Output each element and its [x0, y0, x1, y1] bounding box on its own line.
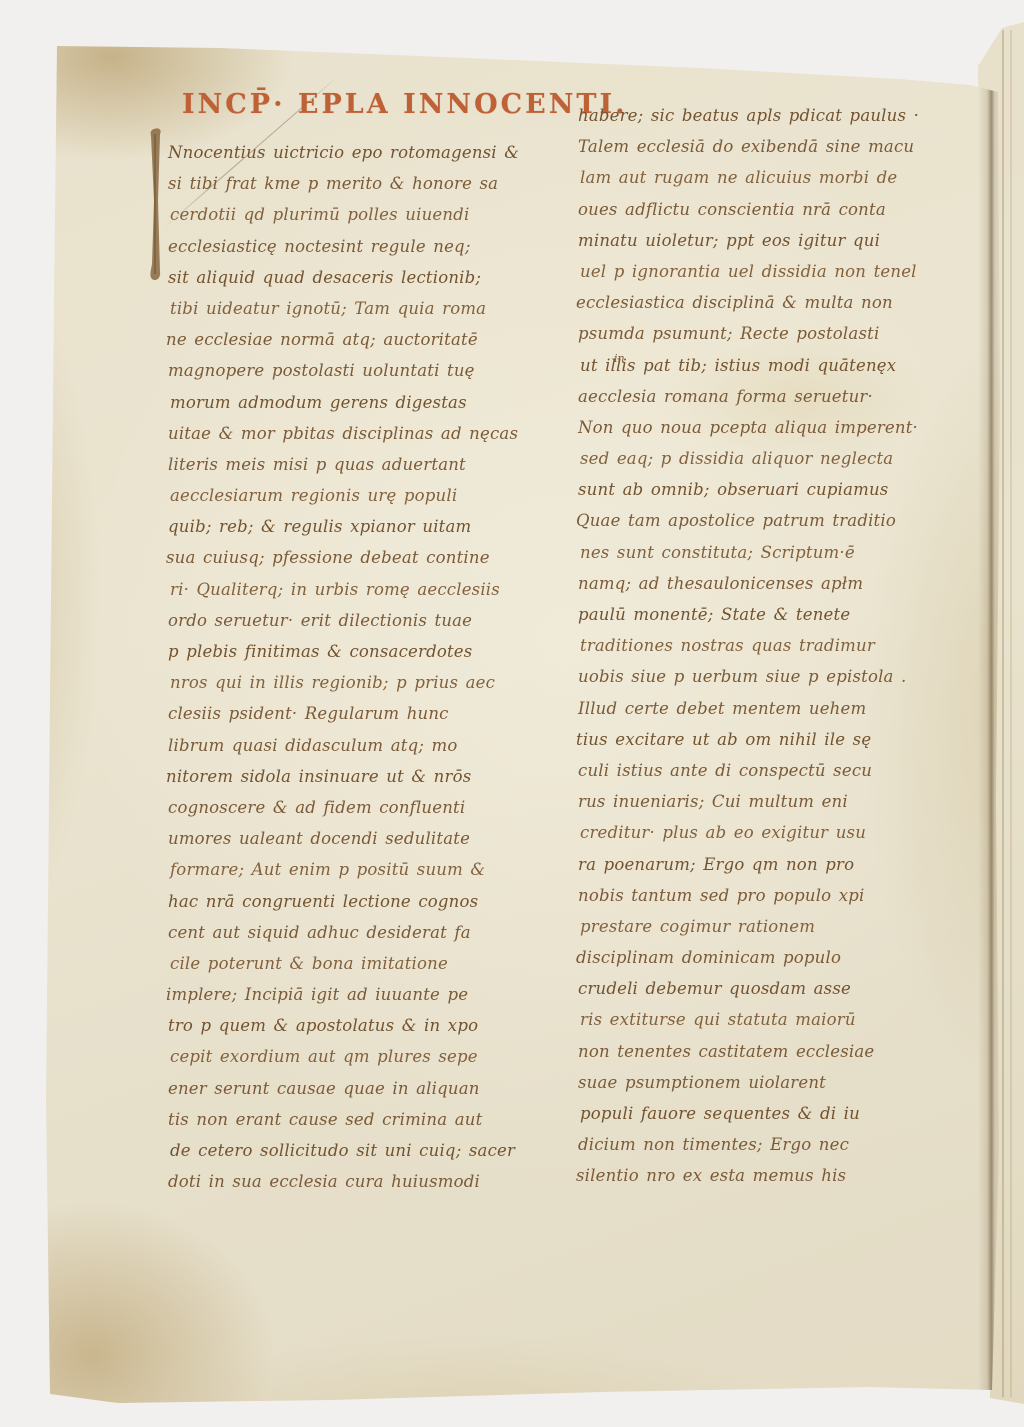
manuscript-line: prestare cogimur rationem: [580, 911, 972, 942]
manuscript-line: nitorem sidola insinuare ut & nrōs: [166, 761, 558, 792]
manuscript-line: p plebis finitimas & consacerdotes: [168, 636, 560, 667]
manuscript-line: ra poenarum; Ergo qm non pro: [578, 849, 970, 880]
manuscript-line: ener serunt causae quae in aliquan: [168, 1073, 560, 1104]
manuscript-line: ordo seruetur· erit dilectionis tuae: [168, 605, 560, 636]
manuscript-line: umores ualeant docendi sedulitate: [168, 823, 560, 854]
parchment-page: INCP̄· EPLA INNOCENTI. Nnocentius uictri…: [0, 0, 1024, 1427]
manuscript-line: morum admodum gerens digestas: [170, 387, 562, 418]
manuscript-line: Non quo noua pcepta aliqua imperent·: [578, 412, 970, 443]
manuscript-line: nros qui in illis regionib; p prius aec: [170, 667, 562, 698]
manuscript-line: traditiones nostras quas tradimur: [580, 630, 972, 661]
text-column-left: Nnocentius uictricio epo rotomagensi &si…: [168, 137, 560, 1197]
manuscript-line: ris extiturse qui statuta maiorū: [580, 1004, 972, 1035]
manuscript-line: cepit exordium aut qm plures sepe: [170, 1041, 562, 1072]
manuscript-line: cognoscere & ad fidem confluenti: [168, 792, 560, 823]
manuscript-line: hac nrā congruenti lectione cognos: [168, 886, 560, 917]
manuscript-photo: INCP̄· EPLA INNOCENTI. Nnocentius uictri…: [0, 0, 1024, 1427]
manuscript-line: doti in sua ecclesia cura huiusmodi: [168, 1166, 560, 1197]
text-column-right: habere; sic beatus apls pdicat paulus ·T…: [578, 100, 970, 1192]
manuscript-line: librum quasi didasculum atq; mo: [168, 730, 560, 761]
manuscript-line: lam aut rugam ne alicuius morbi de: [580, 162, 972, 193]
manuscript-line: sua cuiusq; pfessione debeat contine: [166, 542, 558, 573]
manuscript-line: sed eaq; p dissidia aliquor neglecta: [580, 443, 972, 474]
initial-i: [146, 126, 166, 284]
manuscript-line: silentio nro ex esta memus his: [576, 1160, 968, 1191]
manuscript-line: Illud certe debet mentem uehem: [578, 693, 970, 724]
manuscript-line: habere; sic beatus apls pdicat paulus ·: [578, 100, 970, 131]
manuscript-line: implere; Incipiā igit ad iuuante pe: [166, 979, 558, 1010]
manuscript-line: uobis siue p uerbum siue p epistola .: [578, 661, 970, 692]
manuscript-line: ri· Qualiterq; in urbis romę aecclesiis: [170, 574, 562, 605]
manuscript-line: aecclesia romana forma seruetur·: [578, 381, 970, 412]
initial-i-glyph: [146, 126, 166, 284]
manuscript-line: tro p quem & apostolatus & in xpo: [168, 1010, 560, 1041]
manuscript-line: ne ecclesiae normā atq; auctoritatē: [166, 324, 558, 355]
manuscript-line: creditur· plus ab eo exigitur usu: [580, 817, 972, 848]
manuscript-line: uel p ignorantia uel dissidia non tenel: [580, 256, 972, 287]
manuscript-line: tibi uideatur ignotū; Tam quia roma: [170, 293, 562, 324]
manuscript-line: non tenentes castitatem ecclesiae: [578, 1036, 970, 1067]
manuscript-line: tis non erant cause sed crimina aut: [168, 1104, 560, 1135]
manuscript-line: disciplinam dominicam populo: [576, 942, 968, 973]
manuscript-line: suae psumptionem uiolarent: [578, 1067, 970, 1098]
manuscript-line: psumda psumunt; Recte postolasti: [578, 318, 970, 349]
manuscript-line: crudeli debemur quosdam asse: [578, 973, 970, 1004]
interlinear-note: in: [614, 352, 625, 365]
manuscript-line: si tibi frat kme p merito & honore sa: [168, 168, 560, 199]
manuscript-line: uitae & mor pbitas disciplinas ad nęcas: [168, 418, 560, 449]
rubric-title: INCP̄· EPLA INNOCENTI.: [182, 90, 562, 120]
manuscript-line: nes sunt constituta; Scriptum·ē: [580, 537, 972, 568]
manuscript-line: aecclesiarum regionis urę populi: [170, 480, 562, 511]
manuscript-line: dicium non timentes; Ergo nec: [578, 1129, 970, 1160]
manuscript-line: cerdotii qd plurimū polles uiuendi: [170, 199, 562, 230]
manuscript-line: paulū monentē; State & tenete: [578, 599, 970, 630]
manuscript-line: nobis tantum sed pro populo xpi: [578, 880, 970, 911]
manuscript-line: culi istius ante di conspectū secu: [578, 755, 970, 786]
manuscript-line: oues adflictu conscientia nrā conta: [578, 194, 970, 225]
manuscript-line: cile poterunt & bona imitatione: [170, 948, 562, 979]
manuscript-line: Quae tam apostolice patrum traditio: [576, 505, 968, 536]
manuscript-line: ecclesiasticę noctesint regule neq;: [168, 231, 560, 262]
folio-edge-line: [1010, 30, 1012, 1397]
manuscript-line: namq; ad thesaulonicenses apłm: [578, 568, 970, 599]
manuscript-line: sit aliquid quad desaceris lectionib;: [168, 262, 560, 293]
manuscript-line: ecclesiastica disciplinā & multa non: [576, 287, 968, 318]
manuscript-line: literis meis misi p quas aduertant: [168, 449, 560, 480]
manuscript-line: tius excitare ut ab om nihil ile sę: [576, 724, 968, 755]
manuscript-line: Nnocentius uictricio epo rotomagensi &: [168, 137, 560, 168]
manuscript-line: magnopere postolasti uoluntati tuę: [168, 355, 560, 386]
manuscript-line: Talem ecclesiā do exibendā sine macu: [578, 131, 970, 162]
manuscript-line: minatu uioletur; ppt eos igitur qui: [578, 225, 970, 256]
manuscript-line: cent aut siquid adhuc desiderat fa: [168, 917, 560, 948]
manuscript-line: quib; reb; & regulis xpianor uitam: [168, 511, 560, 542]
manuscript-line: de cetero sollicitudo sit uni cuiq; sace…: [170, 1135, 562, 1166]
manuscript-line: ut illis pat tib; istius modi quātenęx: [580, 350, 972, 381]
manuscript-line: sunt ab omnib; obseruari cupiamus: [578, 474, 970, 505]
manuscript-line: formare; Aut enim p positū suum &: [170, 854, 562, 885]
manuscript-line: populi fauore sequentes & di iu: [580, 1098, 972, 1129]
manuscript-line: clesiis psident· Regularum hunc: [168, 698, 560, 729]
folio-edge-line: [1002, 30, 1004, 1397]
manuscript-line: rus inueniaris; Cui multum eni: [578, 786, 970, 817]
